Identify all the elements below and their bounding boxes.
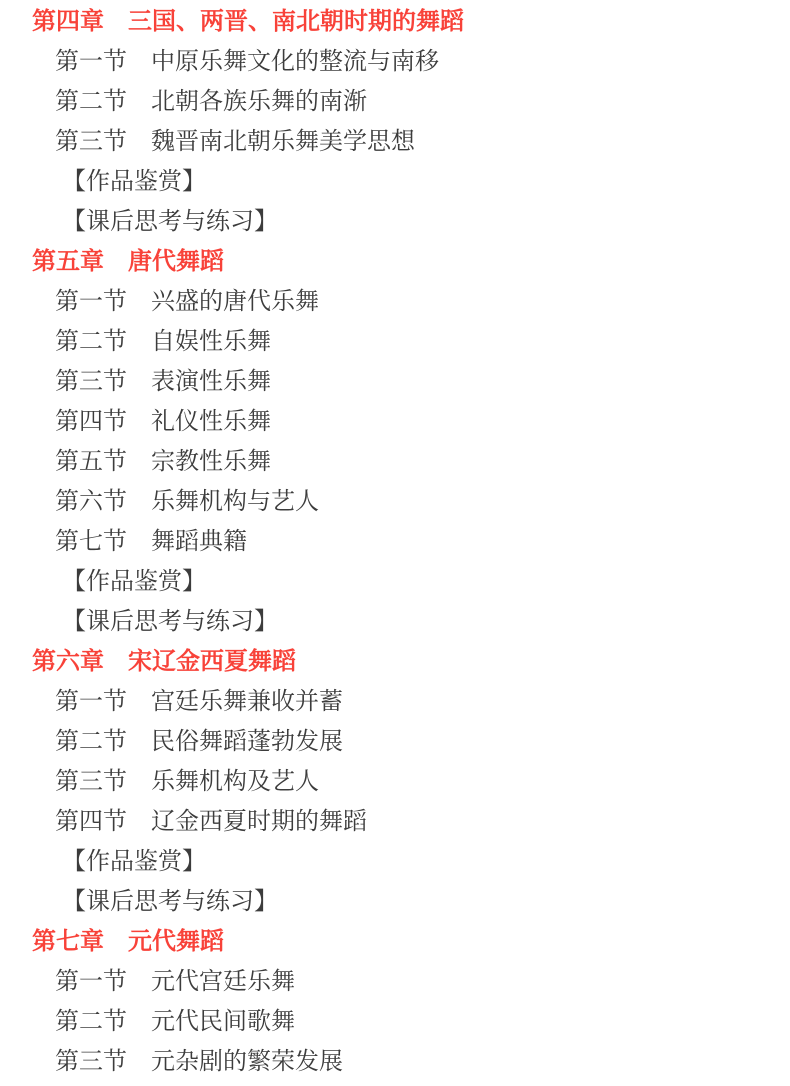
extra-row: 【作品鉴赏】 <box>0 562 790 602</box>
section-title: 宫廷乐舞兼收并蓄 <box>151 682 343 722</box>
chapter-row: 第七章元代舞蹈 <box>0 922 790 962</box>
extra-row: 【课后思考与练习】 <box>0 882 790 922</box>
extra-label: 【课后思考与练习】 <box>62 602 278 642</box>
extra-label: 【作品鉴赏】 <box>62 562 206 602</box>
section-number: 第二节 <box>55 1002 127 1042</box>
section-number: 第一节 <box>55 682 127 722</box>
section-number: 第三节 <box>55 122 127 162</box>
section-title: 辽金西夏时期的舞蹈 <box>151 802 367 842</box>
chapter-title: 三国、两晋、南北朝时期的舞蹈 <box>128 2 464 42</box>
section-number: 第一节 <box>55 282 127 322</box>
section-title: 兴盛的唐代乐舞 <box>151 282 319 322</box>
section-number: 第二节 <box>55 722 127 762</box>
extra-label: 【作品鉴赏】 <box>62 842 206 882</box>
chapter-row: 第五章唐代舞蹈 <box>0 242 790 282</box>
chapter-title: 宋辽金西夏舞蹈 <box>128 642 296 682</box>
section-row: 第三节表演性乐舞 <box>0 362 790 402</box>
section-row: 第三节魏晋南北朝乐舞美学思想 <box>0 122 790 162</box>
section-row: 第二节元代民间歌舞 <box>0 1002 790 1042</box>
chapter-number: 第五章 <box>32 242 104 282</box>
table-of-contents: 第四章三国、两晋、南北朝时期的舞蹈 第一节中原乐舞文化的整流与南移 第二节北朝各… <box>0 0 790 1082</box>
section-number: 第四节 <box>55 402 127 442</box>
section-number: 第七节 <box>55 522 127 562</box>
section-number: 第一节 <box>55 962 127 1002</box>
section-title: 自娱性乐舞 <box>151 322 271 362</box>
extra-row: 【课后思考与练习】 <box>0 602 790 642</box>
chapter-title: 元代舞蹈 <box>128 922 224 962</box>
extra-label: 【课后思考与练习】 <box>62 202 278 242</box>
section-title: 北朝各族乐舞的南渐 <box>151 82 367 122</box>
section-title: 礼仪性乐舞 <box>151 402 271 442</box>
section-title: 元代民间歌舞 <box>151 1002 295 1042</box>
section-row: 第五节宗教性乐舞 <box>0 442 790 482</box>
section-title: 民俗舞蹈蓬勃发展 <box>151 722 343 762</box>
section-row: 第一节兴盛的唐代乐舞 <box>0 282 790 322</box>
section-row: 第一节宫廷乐舞兼收并蓄 <box>0 682 790 722</box>
section-title: 宗教性乐舞 <box>151 442 271 482</box>
chapter-number: 第六章 <box>32 642 104 682</box>
section-title: 舞蹈典籍 <box>151 522 247 562</box>
section-row: 第二节北朝各族乐舞的南渐 <box>0 82 790 122</box>
section-row: 第三节乐舞机构及艺人 <box>0 762 790 802</box>
section-title: 乐舞机构与艺人 <box>151 482 319 522</box>
section-row: 第四节辽金西夏时期的舞蹈 <box>0 802 790 842</box>
chapter-row: 第六章宋辽金西夏舞蹈 <box>0 642 790 682</box>
section-row: 第四节礼仪性乐舞 <box>0 402 790 442</box>
section-number: 第六节 <box>55 482 127 522</box>
section-number: 第三节 <box>55 1042 127 1082</box>
section-row: 第三节元杂剧的繁荣发展 <box>0 1042 790 1082</box>
extra-row: 【作品鉴赏】 <box>0 842 790 882</box>
section-title: 乐舞机构及艺人 <box>151 762 319 802</box>
section-title: 元杂剧的繁荣发展 <box>151 1042 343 1082</box>
section-number: 第三节 <box>55 362 127 402</box>
section-row: 第二节自娱性乐舞 <box>0 322 790 362</box>
section-number: 第三节 <box>55 762 127 802</box>
section-title: 魏晋南北朝乐舞美学思想 <box>151 122 415 162</box>
section-number: 第五节 <box>55 442 127 482</box>
extra-label: 【作品鉴赏】 <box>62 162 206 202</box>
section-number: 第四节 <box>55 802 127 842</box>
extra-row: 【作品鉴赏】 <box>0 162 790 202</box>
section-title: 表演性乐舞 <box>151 362 271 402</box>
section-row: 第七节舞蹈典籍 <box>0 522 790 562</box>
section-row: 第一节中原乐舞文化的整流与南移 <box>0 42 790 82</box>
section-row: 第二节民俗舞蹈蓬勃发展 <box>0 722 790 762</box>
chapter-number: 第七章 <box>32 922 104 962</box>
section-title: 中原乐舞文化的整流与南移 <box>151 42 439 82</box>
section-row: 第六节乐舞机构与艺人 <box>0 482 790 522</box>
extra-row: 【课后思考与练习】 <box>0 202 790 242</box>
extra-label: 【课后思考与练习】 <box>62 882 278 922</box>
section-title: 元代宫廷乐舞 <box>151 962 295 1002</box>
chapter-number: 第四章 <box>32 2 104 42</box>
chapter-row: 第四章三国、两晋、南北朝时期的舞蹈 <box>0 2 790 42</box>
chapter-title: 唐代舞蹈 <box>128 242 224 282</box>
section-number: 第二节 <box>55 82 127 122</box>
section-row: 第一节元代宫廷乐舞 <box>0 962 790 1002</box>
section-number: 第二节 <box>55 322 127 362</box>
section-number: 第一节 <box>55 42 127 82</box>
